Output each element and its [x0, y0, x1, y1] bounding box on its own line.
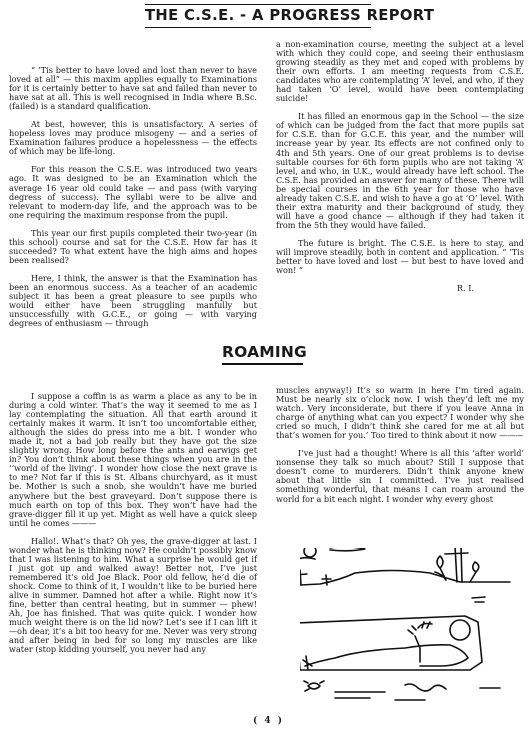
page-number: ( 4 )	[253, 716, 284, 726]
paragraph: I suppose a coffin is as warm a place as…	[9, 392, 257, 528]
cross-icon	[445, 548, 468, 582]
moon-icon	[304, 548, 316, 557]
cse-column-1: “ ’Tis better to have loved and lost tha…	[9, 66, 257, 337]
paragraph: This year our first pupils completed the…	[9, 229, 257, 265]
cross-icon	[300, 570, 307, 585]
roaming-column-2: muscles anyway!) It’s so warm in here I’…	[276, 386, 524, 513]
paragraph: Hallo!. What’s that? Oh yes, the grave-d…	[9, 537, 257, 655]
paragraph: At best, however, this is unsatisfactory…	[9, 120, 257, 156]
paragraph: I’ve just had a thought! Where is all th…	[276, 449, 524, 503]
roaming-column-1: I suppose a coffin is as warm a place as…	[9, 392, 257, 663]
paragraph: “ ’Tis better to have loved and lost tha…	[9, 66, 257, 111]
paragraph-continued: a non-examination course, meeting the su…	[276, 40, 524, 103]
article-title-cse: THE C.S.E. - A PROGRESS REPORT	[145, 4, 371, 28]
cse-column-2: a non-examination course, meeting the su…	[276, 40, 524, 302]
paragraph: The future is bright. The C.S.E. is here…	[276, 239, 524, 275]
article-title-roaming: ROAMING	[222, 343, 303, 365]
coffin-icon	[300, 616, 482, 670]
person-head	[450, 620, 470, 640]
paragraph: For this reason the C.S.E. was introduce…	[9, 165, 257, 219]
paragraph-continued: muscles anyway!) It’s so warm in here I’…	[276, 386, 524, 440]
paragraph: Here, I think, the answer is that the Ex…	[9, 274, 257, 328]
paragraph: It has filled an enormous gap in the Sch…	[276, 112, 524, 230]
coffin-illustration	[300, 548, 520, 708]
cloud-icon	[330, 548, 365, 551]
author-signature: R. I.	[276, 284, 524, 293]
